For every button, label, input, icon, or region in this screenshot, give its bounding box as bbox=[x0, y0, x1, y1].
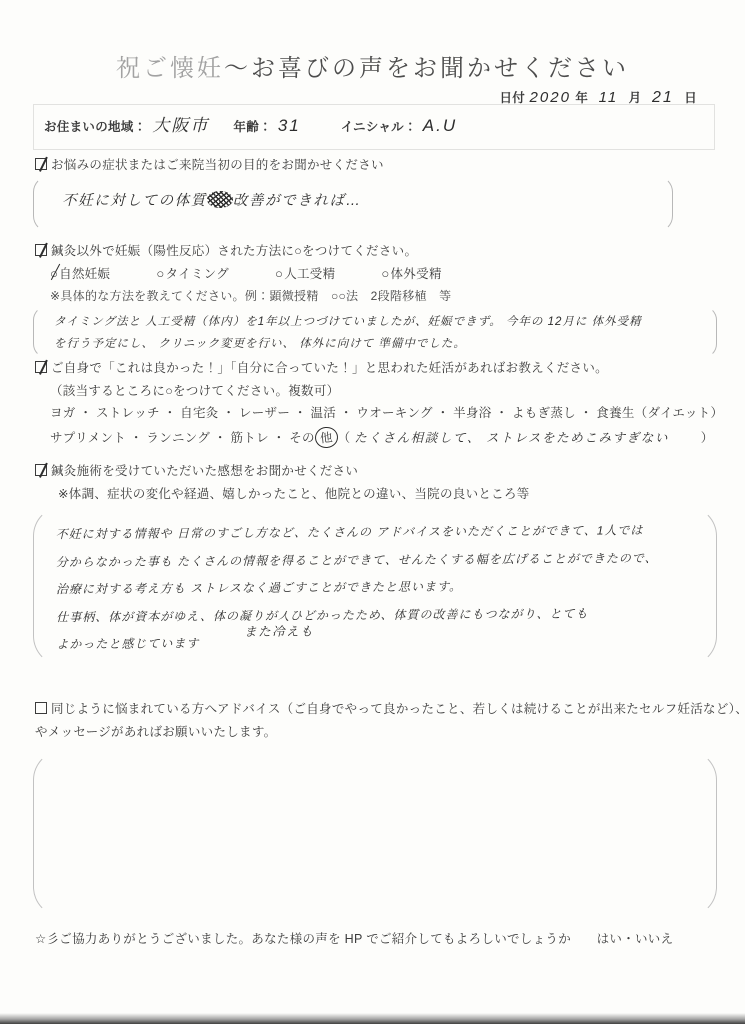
q2-answer-text: タイミング法と 人工受精（体内）を1年以上つづけていましたが、妊娠できず。 今年… bbox=[54, 312, 716, 356]
hand-circle-other: 他 bbox=[314, 426, 339, 449]
area-label: お住まいの地域： bbox=[44, 117, 146, 135]
q4-sub: ※体調、症状の変化や経過、嬉しかったこと、他院との違い、当院の良いところ等 bbox=[58, 484, 530, 502]
q4-answer-text: 不妊に対する情報や 日常のすごし方など、たくさんの アドバイスをいただくことがで… bbox=[56, 517, 717, 660]
q4-line5: よかったと感じています bbox=[56, 627, 716, 659]
scan-edge-shadow bbox=[0, 1013, 745, 1024]
q3-other-value: たくさん相談して、 ストレスをためこみすぎない bbox=[354, 431, 669, 445]
q3-options-line2: サプリメント ・ ランニング ・ 筋トレ ・ その他（ たくさん相談して、 スト… bbox=[50, 427, 714, 448]
circle-icon: ○ bbox=[275, 266, 283, 281]
checkbox-q3-icon bbox=[35, 361, 47, 373]
q5-question-line1: 同じように悩まれている方へアドバイス（ご自身でやって良かったこと、若しくは続ける… bbox=[35, 699, 745, 717]
q4-line2: 分からなかった事も たくさんの情報を得ることができて、せんたくする幅を広げること… bbox=[56, 544, 716, 576]
option-timing: ○タイミング bbox=[156, 264, 229, 282]
age-label: 年齢： bbox=[233, 117, 271, 135]
page-title-accent: 祝ご懐妊 bbox=[116, 55, 224, 82]
initial-value: A.U bbox=[423, 113, 457, 139]
q2-options-row: ○自然妊娠 ○タイミング ○人工受精 ○体外受精 bbox=[50, 264, 442, 282]
date-label: 日付 bbox=[499, 91, 525, 105]
option-ivf: ○体外受精 bbox=[381, 264, 441, 282]
footer-note: ☆彡ご協力ありがとうございました。あなた様の声を HP でご紹介してもよろしいで… bbox=[35, 929, 673, 947]
checkbox-q4-icon bbox=[35, 464, 47, 476]
q3-options-line1: ヨガ ・ ストレッチ ・ 自宅灸 ・ レーザー ・ 温活 ・ ウオーキング ・ … bbox=[50, 403, 723, 421]
circle-marked-icon: ○ bbox=[50, 266, 58, 281]
q5-question-line2: やメッセージがあればお願いいたします。 bbox=[35, 722, 276, 740]
q5-answer-box bbox=[33, 750, 717, 917]
checkbox-q2-icon bbox=[35, 244, 47, 256]
q3-question: ご自身で「これは良かった！」「自分に合っていた！」と思われた妊活があればお教えく… bbox=[35, 358, 608, 376]
q2-question: 鍼灸以外で妊娠（陽性反応）された方法に○をつけてください。 bbox=[35, 241, 417, 259]
q4-question: 鍼灸施術を受けていただいた感想をお聞かせください bbox=[35, 461, 358, 479]
scribble-mark bbox=[207, 191, 233, 208]
profile-row: お住まいの地域： 大阪市 年齢： 31 イニシャル： A.U bbox=[33, 104, 715, 150]
option-natural-pregnancy: ○自然妊娠 bbox=[50, 264, 110, 282]
checkbox-q5-icon bbox=[35, 702, 47, 714]
q3-sub: （該当するところに○をつけてください。複数可） bbox=[50, 381, 339, 399]
q1-answer-text: 不妊に対しての体質改善ができれば… bbox=[62, 191, 672, 213]
circle-icon: ○ bbox=[156, 266, 164, 281]
circle-icon: ○ bbox=[381, 266, 389, 281]
q2-answer-box: タイミング法と 人工受精（体内）を1年以上つづけていましたが、妊娠できず。 今年… bbox=[33, 306, 717, 358]
option-artificial-insemination: ○人工受精 bbox=[275, 264, 335, 282]
age-value: 31 bbox=[278, 113, 301, 139]
q4-insertion-text: また冷えも bbox=[244, 617, 314, 646]
area-value: 大阪市 bbox=[152, 113, 209, 139]
q4-line1: 不妊に対する情報や 日常のすごし方など、たくさんの アドバイスをいただくことがで… bbox=[56, 517, 716, 549]
q4-answer-box: 不妊に対する情報や 日常のすごし方など、たくさんの アドバイスをいただくことがで… bbox=[33, 506, 717, 666]
q1-question: お悩みの症状またはご来院当初の目的をお聞かせください bbox=[35, 155, 384, 173]
checkbox-q1-icon bbox=[35, 158, 47, 170]
q1-answer-box: 不妊に対しての体質改善ができれば… bbox=[33, 176, 673, 232]
insertion-mark: 人また冷えも bbox=[278, 602, 290, 630]
initial-label: イニシャル： bbox=[341, 117, 417, 135]
page-title: 祝ご懐妊～お喜びの声をお聞かせください bbox=[0, 48, 745, 83]
q2-note: ※具体的な方法を教えてください。例：顕微授精 ○○法 2段階移植 等 bbox=[50, 287, 451, 304]
